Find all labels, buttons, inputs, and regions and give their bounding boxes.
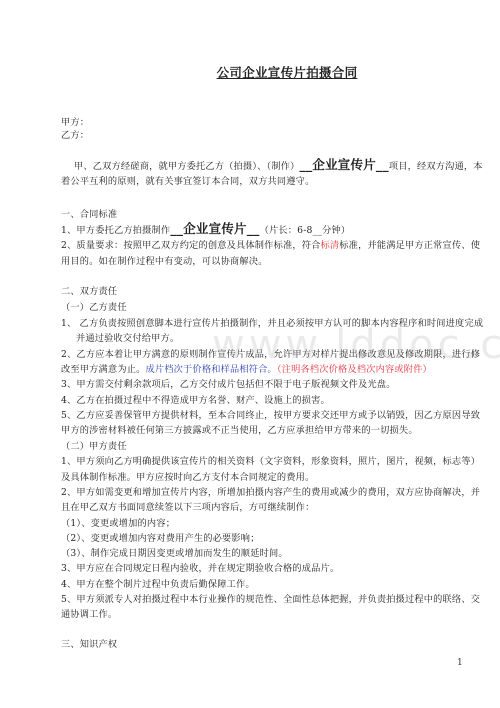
- party-b-duty-5: 5、乙方应妥善保管甲方提供材料，至本合同终止，按甲方要求交还甲方或予以销毁，因乙…: [61, 410, 480, 422]
- subsection-party-b: （一）乙方责任: [61, 302, 127, 314]
- highlight-red: 标清: [321, 240, 340, 251]
- party-a-duty-2-sub-1: （1）、变更或增加的内容；: [61, 518, 175, 530]
- watermark: www.lddoc.cn: [212, 322, 500, 368]
- party-a-duty-1-cont: 及具体制作标准。甲方应按时向乙方支付本合同规定的费用。: [61, 472, 314, 484]
- party-a-duty-3: 3、甲方应在合同规定日程内验收，并在规定期验收合格的成品片。: [61, 563, 339, 575]
- document-page: 公司企业宣传片拍摄合同 甲方： 乙方： 甲、乙双方经磋商，就甲方委托乙方（拍摄）…: [0, 0, 500, 708]
- item-text: 2、质量要求：按照甲乙双方约定的创意及具体制作标准，符合: [61, 240, 321, 251]
- party-a-label: 甲方：: [61, 117, 89, 129]
- project-name: __企业宣传片__: [170, 221, 259, 236]
- item-text: 1、甲方委托乙方拍摄制作: [61, 225, 170, 236]
- party-b-duty-1-cont: 并通过验收交付给甲方。: [76, 333, 179, 345]
- section-1-heading: 一、合同标准: [61, 209, 117, 221]
- section-3-heading: 三、知识产权: [61, 639, 117, 651]
- party-a-duty-4: 4、甲方在整个制片过程中负责后勤保障工作。: [61, 579, 255, 591]
- item-text: （片长：6-8__分钟）: [260, 225, 351, 236]
- party-a-duty-2: 2、甲方如需变更和增加宣传片内容，所增加拍摄内容产生的费用或减少的费用，双方应协…: [61, 487, 480, 499]
- item-text: 标准，并能满足甲方正常宣传、使: [339, 240, 480, 251]
- intro-text: 项目，经双方沟通，本: [389, 161, 483, 172]
- section-1-item-1: 1、甲方委托乙方拍摄制作__企业宣传片__（片长：6-8__分钟）: [61, 223, 350, 237]
- party-a-duty-2-sub-2: （2）、变更或增加内容对费用产生的必要影响；: [61, 533, 260, 545]
- party-b-duty-5-cont: 甲方的涉密材料被任何第三方披露或不正当使用，乙方应承担给甲方带来的一切损失。: [61, 425, 418, 437]
- party-a-duty-2-cont: 且在甲乙双方书面同意续签以下三项内容后，方可继续制作：: [61, 502, 314, 514]
- party-a-duty-1: 1、甲方须向乙方明确提供该宣传片的相关资料（文字资料，形象资料，照片，图片，视频…: [61, 456, 480, 468]
- project-name: __企业宣传片__: [300, 157, 389, 172]
- subsection-party-a: （二）甲方责任: [61, 441, 127, 453]
- party-b-duty-4: 4、乙方在拍摄过程中不得造成甲方名誉、财产、设施上的损害。: [61, 395, 330, 407]
- intro-line-1: 甲、乙双方经磋商，就甲方委托乙方（拍摄）、（制作）__企业宣传片__项目，经双方…: [74, 159, 483, 173]
- party-a-duty-5: 5、甲方须派专人对拍摄过程中本行业操作的规范性、全面性总体把握，并负责拍摄过程中…: [61, 594, 480, 606]
- page-number: 1: [457, 658, 463, 668]
- party-b-duty-3: 3、甲方需交付剩余款项后，乙方交付成片包括但不限于电子版视频文件及光盘。: [61, 379, 396, 391]
- party-a-duty-2-sub-3: （3）、制作完成日期因变更或增加而发生的顺延时间。: [61, 548, 288, 560]
- intro-text: 甲、乙双方经磋商，就甲方委托乙方（拍摄）、（制作）: [74, 161, 300, 172]
- party-b-label: 乙方：: [61, 130, 89, 142]
- document-title: 公司企业宣传片拍摄合同: [0, 63, 500, 81]
- section-2-heading: 二、双方责任: [61, 286, 117, 298]
- party-a-duty-5-cont: 通协调工作。: [61, 609, 117, 621]
- section-1-item-2: 2、质量要求：按照甲乙双方约定的创意及具体制作标准，符合标清标准，并能满足甲方正…: [61, 240, 480, 252]
- intro-line-2: 着公平互利的原则，就有关事宜签订本合同，双方共同遵守。: [61, 176, 314, 188]
- item-text: 改至甲方满意为止。: [61, 364, 146, 375]
- section-1-item-2-cont: 用目的。如在制作过程中有变动，可以协商解决。: [61, 256, 268, 268]
